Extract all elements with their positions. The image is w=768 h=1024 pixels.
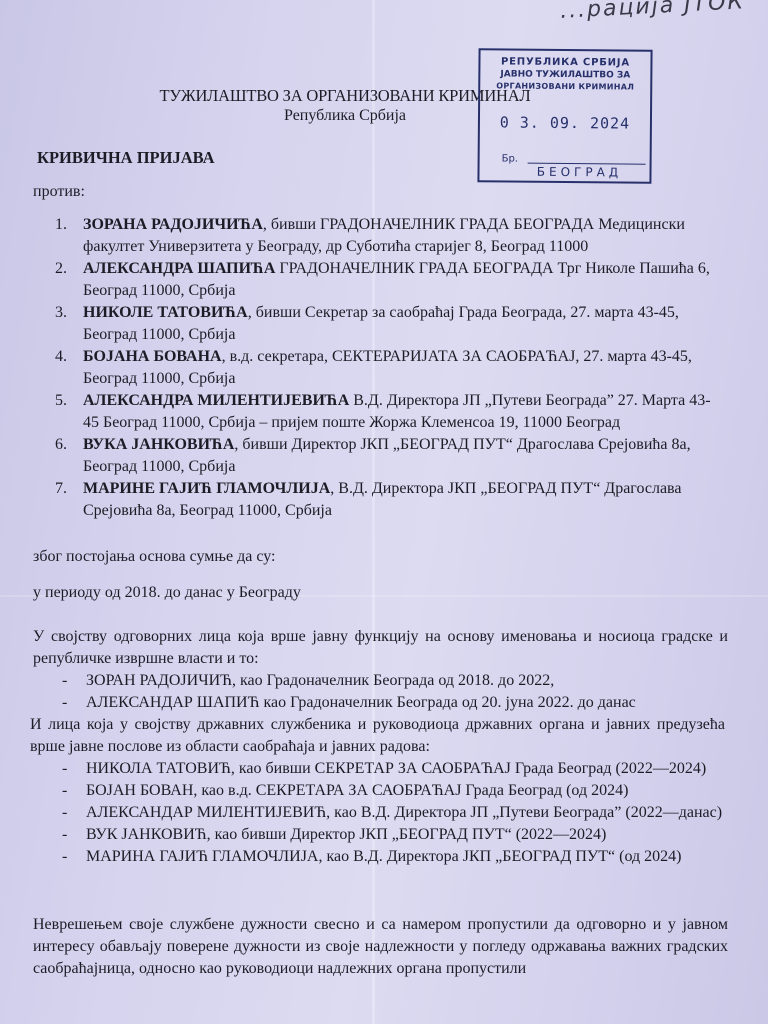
stamp-line-2: ЈАВНО ТУЖИЛАШТВО ЗА	[480, 69, 650, 80]
accused-name: ВУКА ЈАНКОВИЋА	[83, 436, 234, 453]
servant-item: -МАРИНА ГАЈИЋ ГЛАМОЧЛИЈА, као В.Д. Дирек…	[62, 846, 727, 868]
servant-item: -БОЈАН БОВАН, као в.д. СЕКРЕТАРА ЗА САОБ…	[62, 780, 727, 802]
accused-list: 1.ЗОРАНА РАДОЈИЧИЋА, бивши ГРАДОНАЧЕЛНИК…	[55, 214, 715, 522]
accused-item: 1.ЗОРАНА РАДОЈИЧИЋА, бивши ГРАДОНАЧЕЛНИК…	[55, 214, 715, 258]
accused-item: 7.МАРИНЕ ГАЈИЋ ГЛАМОЧЛИЈА, В.Д. Директор…	[55, 478, 715, 522]
servant-item: -ВУК ЈАНКОВИЋ, као бивши Директор ЈКП „Б…	[62, 824, 727, 846]
period-text: у периоду од 2018. до данас у Београду	[33, 582, 728, 604]
servant-item: -АЛЕКСАНДАР МИЛЕНТИЈЕВИЋ, као В.Д. Дирек…	[62, 802, 727, 824]
stamp-number-label: Бр.	[502, 153, 518, 164]
against-label: против:	[33, 183, 85, 201]
servants-list: -НИКОЛА ТАТОВИЋ, као бивши СЕКРЕТАР ЗА С…	[62, 758, 727, 868]
accused-name: АЛЕКСАНДРА МИЛЕНТИЈЕВИЋА	[83, 392, 349, 409]
stamp-date: 0 3. 09. 2024	[480, 113, 650, 132]
stamp-line-3: ОРГАНИЗОВАНИ КРИМИНАЛ	[480, 81, 650, 91]
accused-item: 5.АЛЕКСАНДРА МИЛЕНТИЈЕВИЋА В.Д. Директор…	[55, 390, 715, 434]
closing-paragraph: Неврешењем своје службене дужности свесн…	[33, 914, 728, 980]
stamp-line-1: РЕПУБЛИКА СРБИЈА	[480, 56, 650, 68]
accused-name: ЗОРАНА РАДОЈИЧИЋА	[83, 216, 263, 233]
accused-name: АЛЕКСАНДРА ШАПИЋА	[83, 260, 275, 277]
servant-item: -НИКОЛА ТАТОВИЋ, као бивши СЕКРЕТАР ЗА С…	[62, 758, 727, 780]
accused-item: 4.БОЈАНА БОВАНА, в.д. секретара, СЕКТЕРА…	[55, 346, 715, 390]
accused-item: 3.НИКОЛЕ ТАТОВИЋА, бивши Секретар за сао…	[55, 302, 715, 346]
official-item: -АЛЕКСАНДАР ШАПИЋ као Градоначелник Беог…	[62, 692, 727, 714]
officials-list: -ЗОРАН РАДОЈИЧИЋ, као Градоначелник Беог…	[62, 670, 727, 714]
servants-intro: И лица која у својству државних службени…	[30, 714, 725, 758]
accused-item: 2.АЛЕКСАНДРА ШАПИЋА ГРАДОНАЧЕЛНИК ГРАДА …	[55, 258, 715, 302]
grounds-text: због постојања основа сумње да су:	[33, 546, 728, 568]
handwritten-note: ...рација ЈТОК	[559, 0, 745, 24]
accused-name: НИКОЛЕ ТАТОВИЋА	[83, 304, 248, 321]
accused-name: БОЈАНА БОВАНА	[83, 348, 222, 365]
officials-intro: У својству одговорних лица која врше јав…	[33, 626, 728, 670]
official-item: -ЗОРАН РАДОЈИЧИЋ, као Градоначелник Беог…	[62, 670, 727, 692]
stamp-city: БЕОГРАД	[519, 165, 639, 180]
accused-item: 6.ВУКА ЈАНКОВИЋА, бивши Директор ЈКП „БЕ…	[55, 434, 715, 478]
accused-name: МАРИНЕ ГАЈИЋ ГЛАМОЧЛИЈА	[83, 480, 330, 497]
received-stamp: РЕПУБЛИКА СРБИЈА ЈАВНО ТУЖИЛАШТВО ЗА ОРГ…	[477, 48, 652, 184]
document-title: КРИВИЧНА ПРИЈАВА	[37, 148, 215, 168]
